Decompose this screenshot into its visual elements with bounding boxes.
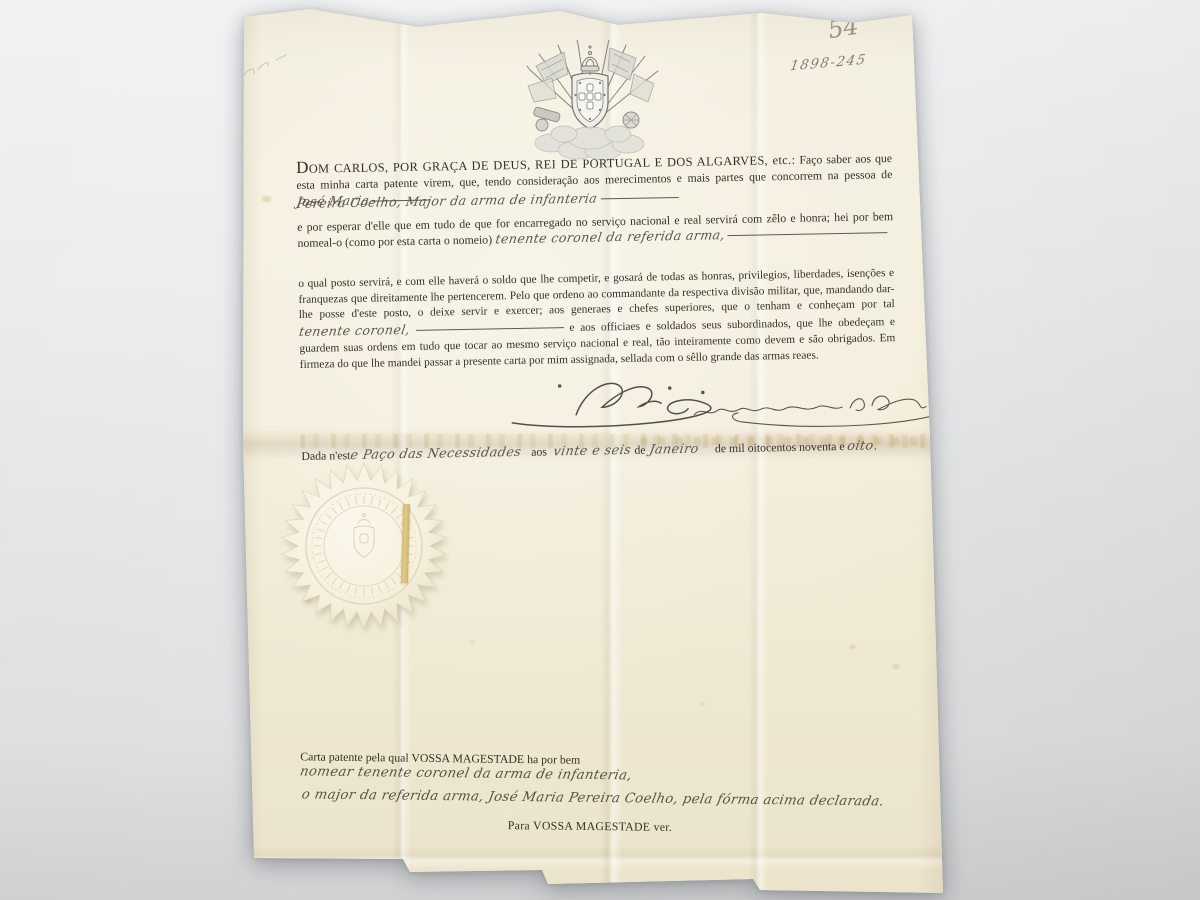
ruled-dash xyxy=(727,232,887,236)
dateline-printed-de: de xyxy=(634,443,645,457)
countersignature xyxy=(694,395,953,429)
royal-coat-of-arms-engraving xyxy=(502,40,682,162)
rank-repeat-handwritten: tenente coronel, xyxy=(298,322,411,340)
page-number-pencil: 54 xyxy=(826,12,861,44)
docket-line-1: Carta patente pela qual VOSSA MAGESTADE … xyxy=(300,749,900,786)
docket-block: Carta patente pela qual VOSSA MAGESTADE … xyxy=(300,749,901,809)
docket-handwritten-1: nomear tenente coronel da arma de infant… xyxy=(299,764,634,783)
paper-sheet: 54 1898-245 xyxy=(0,0,1200,900)
foxing-spot xyxy=(850,645,855,649)
new-rank-handwritten: tenente coronel da referida arma, xyxy=(494,228,726,249)
day-handwritten: vinte e seis xyxy=(552,443,632,459)
dateline-printed-dada: Dada n'est xyxy=(301,448,350,463)
faint-pencil-mark xyxy=(236,46,298,88)
foxing-spot xyxy=(893,664,899,669)
ruled-dash xyxy=(600,197,678,200)
royal-signature xyxy=(512,382,712,428)
docket-line-2: o major da referida arma, José Maria Per… xyxy=(302,787,900,809)
foxing-spot xyxy=(470,640,475,644)
footer-address: Para VOSSA MAGESTADE ver. xyxy=(300,816,880,837)
paragraph-privileges: o qual posto servirá, e com elle haverá … xyxy=(298,266,896,373)
privileges-printed-1: o qual posto servirá, e com elle haverá … xyxy=(298,267,895,321)
month-handwritten: Janeiro xyxy=(648,442,700,458)
year-final-handwritten: oito xyxy=(846,438,875,454)
foxing-spot xyxy=(700,702,704,706)
dateline-printed-aos: aos xyxy=(531,444,547,458)
ruled-dash xyxy=(416,327,564,331)
place-handwritten: e Paço das Necessidades xyxy=(349,445,522,463)
dateline-printed-year: de mil oitocentos noventa e xyxy=(715,439,845,455)
signature-block xyxy=(497,368,968,440)
photo-backdrop: 54 1898-245 xyxy=(0,0,1200,900)
foxing-spot xyxy=(262,196,271,202)
paragraph-appointment: e por esperar d'elle que em tudo de que … xyxy=(297,208,894,252)
embossed-white-paper-seal xyxy=(280,462,448,630)
paper-shadow: 54 1898-245 xyxy=(0,0,1200,900)
docket-handwritten-2: o major da referida arma, José Maria Per… xyxy=(300,787,885,809)
registry-number-ink: 1898-245 xyxy=(789,52,868,75)
